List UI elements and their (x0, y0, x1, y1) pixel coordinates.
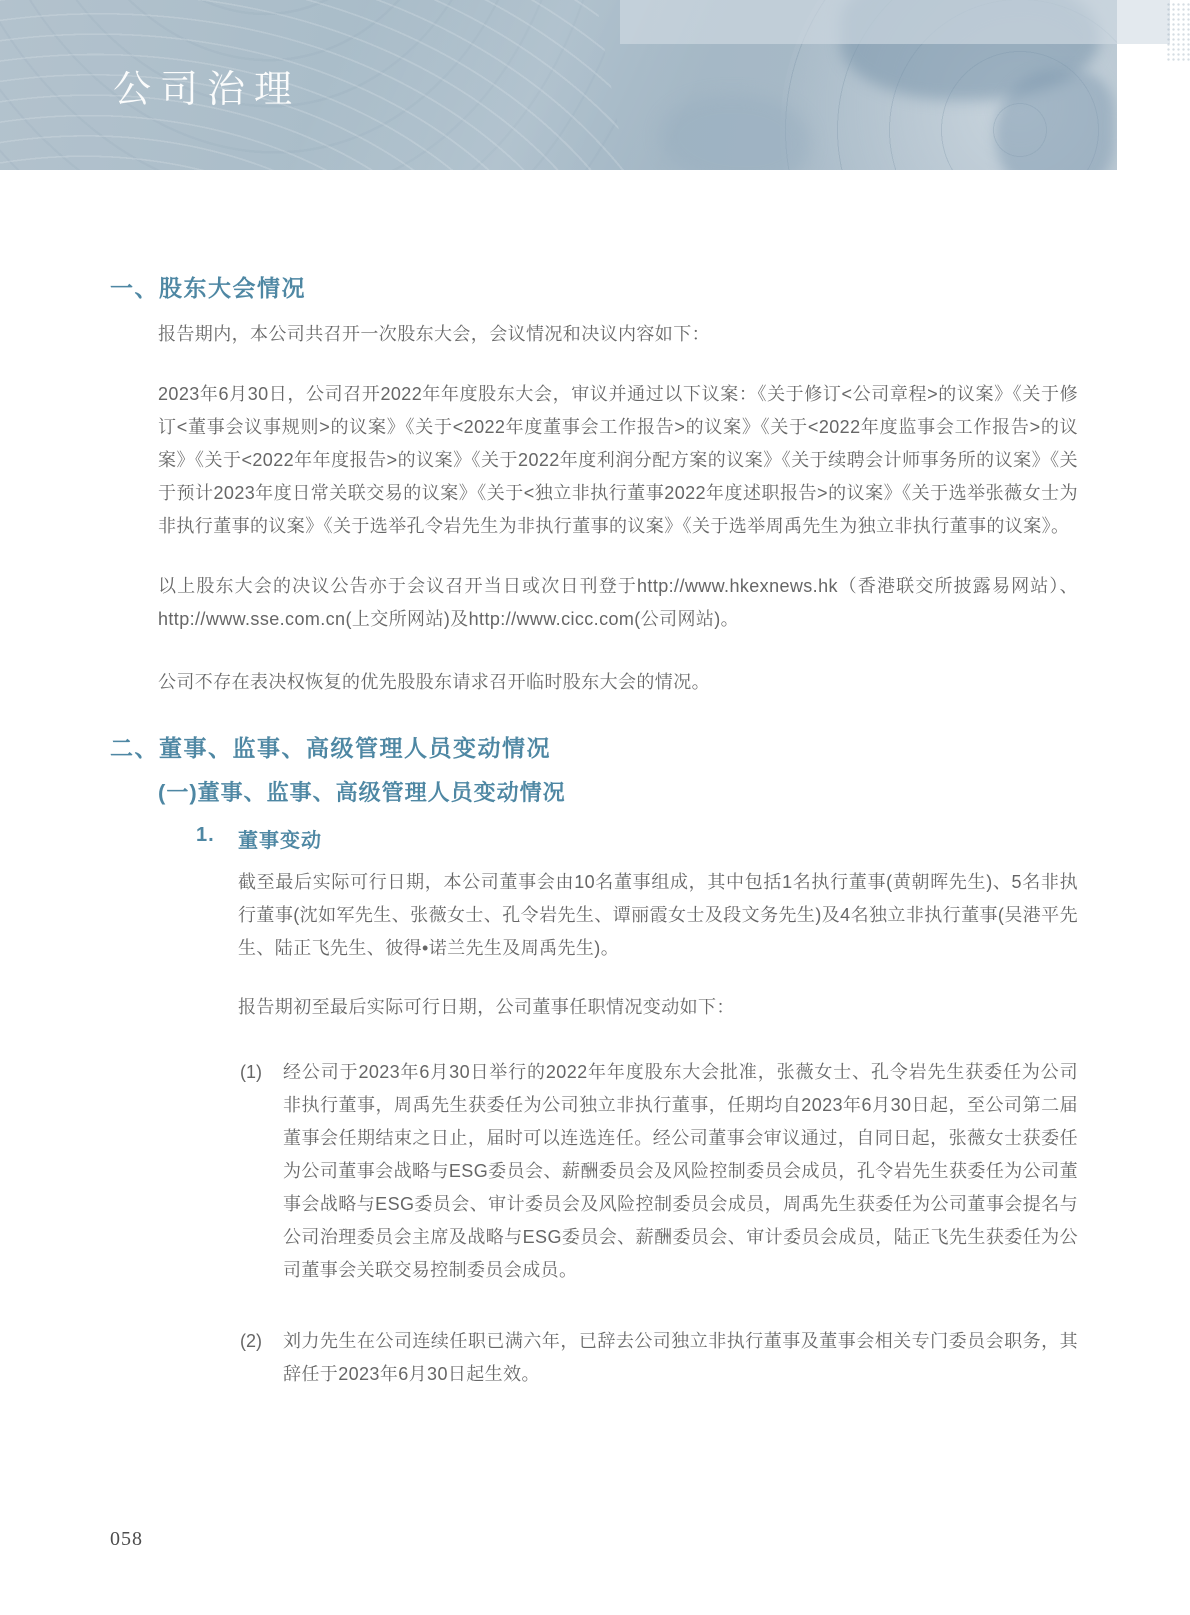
corner-texture-graphic (1166, 2, 1190, 62)
paragraph: 以上股东大会的决议公告亦于会议召开当日或次日刊登于http://www.hkex… (158, 570, 1078, 636)
paragraph: 报告期初至最后实际可行日期，公司董事任职情况变动如下： (238, 991, 1078, 1024)
item-title-director-change: 董事变动 (238, 824, 322, 853)
paragraph: 截至最后实际可行日期，本公司董事会由10名董事组成，其中包括1名执行董事(黄朝晖… (238, 866, 1078, 965)
chapter-title: 公司治理 (113, 58, 301, 113)
section-heading-director-changes: 二、董事、监事、高级管理人员变动情况 (110, 730, 551, 763)
list-item-number: (2) (240, 1325, 262, 1358)
paragraph: 公司不存在表决权恢复的优先股股东请求召开临时股东大会的情况。 (158, 666, 1078, 699)
report-page: 公司治理 一、股东大会情况 报告期内，本公司共召开一次股东大会，会议情况和决议内… (0, 0, 1190, 1615)
page-number: 058 (110, 1528, 143, 1551)
list-item-number: (1) (240, 1056, 262, 1089)
section-heading-shareholders-meeting: 一、股东大会情况 (110, 270, 306, 303)
list-item-text: 经公司于2023年6月30日举行的2022年年度股东大会批准，张薇女士、孔令岩先… (283, 1056, 1078, 1287)
subsection-heading-director-changes: (一)董事、监事、高级管理人员变动情况 (158, 776, 566, 807)
list-item-text: 刘力先生在公司连续任职已满六年，已辞去公司独立非执行董事及董事会相关专门委员会职… (283, 1325, 1078, 1391)
banner-light-band (620, 0, 1170, 44)
paragraph: 报告期内，本公司共召开一次股东大会，会议情况和决议内容如下： (158, 318, 1078, 351)
paragraph: 2023年6月30日，公司召开2022年年度股东大会，审议并通过以下议案：《关于… (158, 378, 1078, 543)
item-number: 1. (196, 824, 215, 847)
